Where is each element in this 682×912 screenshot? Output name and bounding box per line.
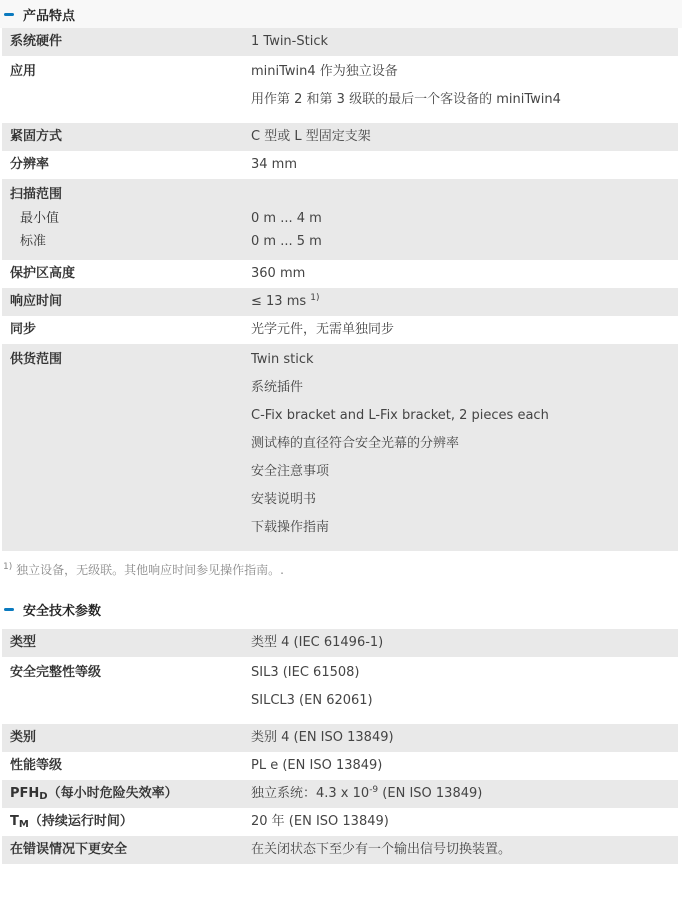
row-value: 360 mm xyxy=(251,260,678,288)
row-value: miniTwin4 作为独立设备 xyxy=(251,58,678,86)
row-value: SILCL3 (EN 62061) xyxy=(251,687,678,715)
row-value: SIL3 (IEC 61508) xyxy=(251,659,678,687)
row-label: 类别 xyxy=(10,724,251,752)
row-value: ≤ 13 ms 1) xyxy=(251,288,678,316)
table-row: 在错误情况下更安全 在关闭状态下至少有一个输出信号切换装置。 xyxy=(2,836,678,864)
section-header[interactable]: 产品特点 xyxy=(0,0,682,28)
product-features-table: 系统硬件 1 Twin-Stick 应用 miniTwin4 作为独立设备 用作… xyxy=(2,28,678,551)
table-row: TM（持续运行时间） 20 年 (EN ISO 13849) xyxy=(2,808,678,836)
row-value: 1 Twin-Stick xyxy=(251,28,678,56)
table-row: 类型 类型 4 (IEC 61496-1) xyxy=(2,629,678,657)
row-label: 响应时间 xyxy=(10,288,251,316)
row-value: 34 mm xyxy=(251,151,678,179)
table-row: 保护区高度 360 mm xyxy=(2,260,678,288)
row-value: 系统插件 xyxy=(251,374,678,402)
table-row: 同步 光学元件，无需单独同步 xyxy=(2,316,678,344)
row-label: PFHD（每小时危险失效率） xyxy=(10,780,251,808)
row-value: C 型或 L 型固定支架 xyxy=(251,123,678,151)
table-row: 系统硬件 1 Twin-Stick xyxy=(2,28,678,56)
section-title: 产品特点 xyxy=(23,5,75,24)
footnote-ref[interactable]: 1) xyxy=(310,293,319,303)
table-row: 扫描范围 最小值 标准 0 m ... 4 m 0 m ... 5 m xyxy=(2,179,678,260)
row-value: Twin stick xyxy=(251,346,678,374)
row-label: 安全完整性等级 xyxy=(10,659,251,687)
row-label: 应用 xyxy=(10,58,251,86)
row-label: 紧固方式 xyxy=(10,123,251,151)
row-value: 用作第 2 和第 3 级联的最后一个客设备的 miniTwin4 xyxy=(251,86,678,114)
table-row: 紧固方式 C 型或 L 型固定支架 xyxy=(2,123,678,151)
row-value: 在关闭状态下至少有一个输出信号切换装置。 xyxy=(251,836,678,864)
table-row: 类别 类别 4 (EN ISO 13849) xyxy=(2,724,678,752)
row-sublabel: 标准 xyxy=(10,230,251,253)
row-label: 同步 xyxy=(10,316,251,344)
row-value: 安全注意事项 xyxy=(251,458,678,486)
table-row: 应用 miniTwin4 作为独立设备 用作第 2 和第 3 级联的最后一个客设… xyxy=(2,56,678,123)
footnote-marker: 1) xyxy=(3,562,12,572)
row-value: 0 m ... 4 m xyxy=(251,207,678,230)
row-sublabel: 最小值 xyxy=(10,207,251,230)
section-safety-parameters: 安全技术参数 类型 类型 4 (IEC 61496-1) 安全完整性等级 SIL… xyxy=(0,595,682,864)
row-label: 供货范围 xyxy=(10,346,251,374)
row-value: PL e (EN ISO 13849) xyxy=(251,752,678,780)
row-label: 系统硬件 xyxy=(10,28,251,56)
row-value: 20 年 (EN ISO 13849) xyxy=(251,808,678,836)
row-label: 在错误情况下更安全 xyxy=(10,836,251,864)
row-label: 保护区高度 xyxy=(10,260,251,288)
row-label: 类型 xyxy=(10,629,251,657)
row-label: 性能等级 xyxy=(10,752,251,780)
table-row: PFHD（每小时危险失效率） 独立系统：4.3 x 10-9 (EN ISO 1… xyxy=(2,780,678,808)
row-label: TM（持续运行时间） xyxy=(10,808,251,836)
table-row: 响应时间 ≤ 13 ms 1) xyxy=(2,288,678,316)
section-header[interactable]: 安全技术参数 xyxy=(0,595,682,623)
collapse-dash-icon[interactable] xyxy=(4,608,14,611)
row-value: 下载操作指南 xyxy=(251,514,678,542)
row-value: 测试棒的直径符合安全光幕的分辨率 xyxy=(251,430,678,458)
footnote-text: 独立设备，无级联。其他响应时间参见操作指南。. xyxy=(16,563,284,577)
table-row: 分辨率 34 mm xyxy=(2,151,678,179)
safety-parameters-table: 类型 类型 4 (IEC 61496-1) 安全完整性等级 SIL3 (IEC … xyxy=(2,629,678,864)
row-label: 分辨率 xyxy=(10,151,251,179)
row-label: 扫描范围 xyxy=(10,183,251,207)
section-product-features: 产品特点 系统硬件 1 Twin-Stick 应用 miniTwin4 作为独立… xyxy=(0,0,682,589)
row-value: 光学元件，无需单独同步 xyxy=(251,316,678,344)
row-value: 0 m ... 5 m xyxy=(251,230,678,253)
table-row: 供货范围 Twin stick 系统插件 C-Fix bracket and L… xyxy=(2,344,678,551)
section-title: 安全技术参数 xyxy=(23,600,101,619)
row-value: 独立系统：4.3 x 10-9 (EN ISO 13849) xyxy=(251,780,678,808)
row-value: 类别 4 (EN ISO 13849) xyxy=(251,724,678,752)
table-row: 安全完整性等级 SIL3 (IEC 61508) SILCL3 (EN 6206… xyxy=(2,657,678,724)
row-value: 类型 4 (IEC 61496-1) xyxy=(251,629,678,657)
footnote: 1) 独立设备，无级联。其他响应时间参见操作指南。. xyxy=(0,551,682,589)
row-value: 安装说明书 xyxy=(251,486,678,514)
collapse-dash-icon[interactable] xyxy=(4,13,14,16)
row-value: C-Fix bracket and L-Fix bracket, 2 piece… xyxy=(251,402,678,430)
table-row: 性能等级 PL e (EN ISO 13849) xyxy=(2,752,678,780)
